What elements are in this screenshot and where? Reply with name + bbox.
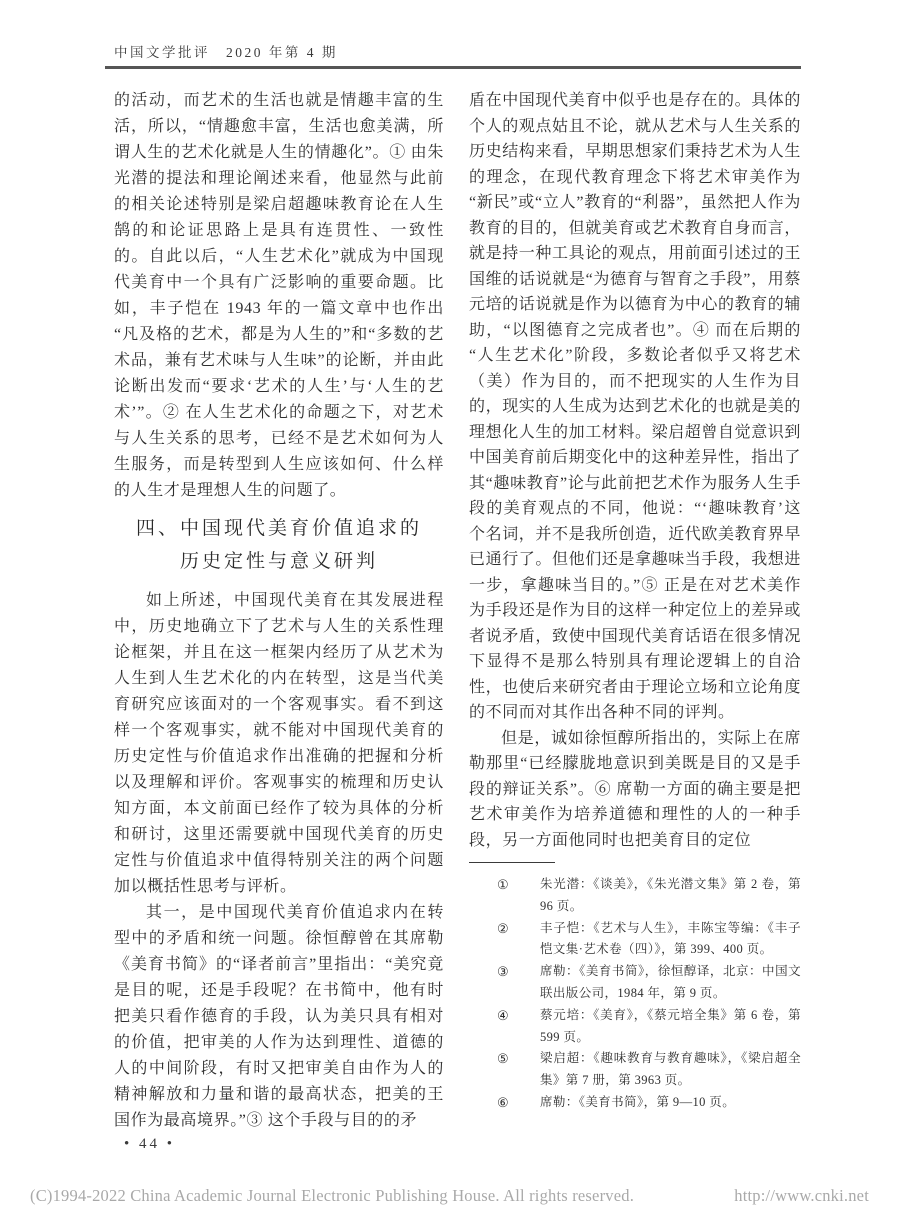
footnote-text: 梁启超：《趣味教育与教育趣味》，《梁启超全集》第 7 册，第 3963 页。 <box>540 1051 801 1087</box>
footnote-text: 蔡元培：《美育》，《蔡元培全集》第 6 卷，第 599 页。 <box>540 1008 801 1044</box>
journal-page: 中国文学批评 2020 年第 4 期 的活动，而艺术的生活也就是情趣丰富的生活，… <box>0 0 909 1227</box>
body-paragraph-continued: 盾在中国现代美育中似乎也是存在的。具体的个人的观点姑且不论，就从艺术与人生关系的… <box>469 88 801 726</box>
footnote-item: ② 丰子恺：《艺术与人生》，丰陈宝等编：《丰子恺文集·艺术卷（四）》，第 399… <box>469 918 801 962</box>
footnote-item: ③ 席勒：《美育书简》，徐恒醇译，北京：中国文联出版公司，1984 年，第 9 … <box>469 961 801 1005</box>
body-paragraph: 其一，是中国现代美育价值追求内在转型中的矛盾和统一问题。徐恒醇曾在其席勒《美育书… <box>114 900 444 1134</box>
footnote-marker: ⑤ <box>497 1048 509 1070</box>
footnote-marker: ① <box>497 874 509 896</box>
section-heading-line-1: 四、中国现代美育价值追求的 <box>114 512 444 545</box>
body-paragraph-continued: 的活动，而艺术的生活也就是情趣丰富的生活，所以，“情趣愈丰富，生活也愈美满，所谓… <box>114 88 444 504</box>
header-rule <box>105 66 801 69</box>
footnote-marker: ② <box>497 918 509 940</box>
footnote-item: ④ 蔡元培：《美育》，《蔡元培全集》第 6 卷，第 599 页。 <box>469 1005 801 1049</box>
footnote-marker: ⑥ <box>497 1092 509 1114</box>
footnote-marker: ④ <box>497 1005 509 1027</box>
right-column: 盾在中国现代美育中似乎也是存在的。具体的个人的观点姑且不论，就从艺术与人生关系的… <box>469 88 801 1114</box>
body-paragraph: 如上所述，中国现代美育在其发展进程中，历史地确立下了艺术与人生的关系性理论框架，… <box>114 588 444 900</box>
footnote-text: 席勒：《美育书简》，第 9—10 页。 <box>540 1095 735 1109</box>
footer-url: http://www.cnki.net <box>734 1186 869 1206</box>
copyright-text: (C)1994-2022 China Academic Journal Elec… <box>30 1186 634 1206</box>
journal-header-text: 中国文学批评 2020 年第 4 期 <box>114 45 338 60</box>
page-footer: (C)1994-2022 China Academic Journal Elec… <box>30 1186 869 1206</box>
footnote-item: ⑤ 梁启超：《趣味教育与教育趣味》，《梁启超全集》第 7 册，第 3963 页。 <box>469 1048 801 1092</box>
footnote-marker: ③ <box>497 961 509 983</box>
body-paragraph: 但是，诚如徐恒醇所指出的，实际上在席勒那里“已经朦胧地意识到美既是目的又是手段的… <box>469 726 801 854</box>
section-heading-line-2: 历史定性与意义研判 <box>114 545 444 578</box>
footnotes-list: ① 朱光潜：《谈美》，《朱光潜文集》第 2 卷，第 96 页。 ② 丰子恺：《艺… <box>469 874 801 1114</box>
footnote-item: ① 朱光潜：《谈美》，《朱光潜文集》第 2 卷，第 96 页。 <box>469 874 801 918</box>
page-number: • 44 • <box>124 1136 175 1153</box>
page-header: 中国文学批评 2020 年第 4 期 <box>114 41 338 61</box>
left-column: 的活动，而艺术的生活也就是情趣丰富的生活，所以，“情趣愈丰富，生活也愈美满，所谓… <box>114 88 444 1134</box>
footnote-separator-rule <box>469 862 555 863</box>
footnote-text: 席勒：《美育书简》，徐恒醇译，北京：中国文联出版公司，1984 年，第 9 页。 <box>540 964 801 1000</box>
footnote-text: 朱光潜：《谈美》，《朱光潜文集》第 2 卷，第 96 页。 <box>540 877 801 913</box>
footnote-text: 丰子恺：《艺术与人生》，丰陈宝等编：《丰子恺文集·艺术卷（四）》，第 399、4… <box>540 921 801 957</box>
section-heading: 四、中国现代美育价值追求的 历史定性与意义研判 <box>114 512 444 578</box>
footnote-item: ⑥ 席勒：《美育书简》，第 9—10 页。 <box>469 1092 801 1114</box>
